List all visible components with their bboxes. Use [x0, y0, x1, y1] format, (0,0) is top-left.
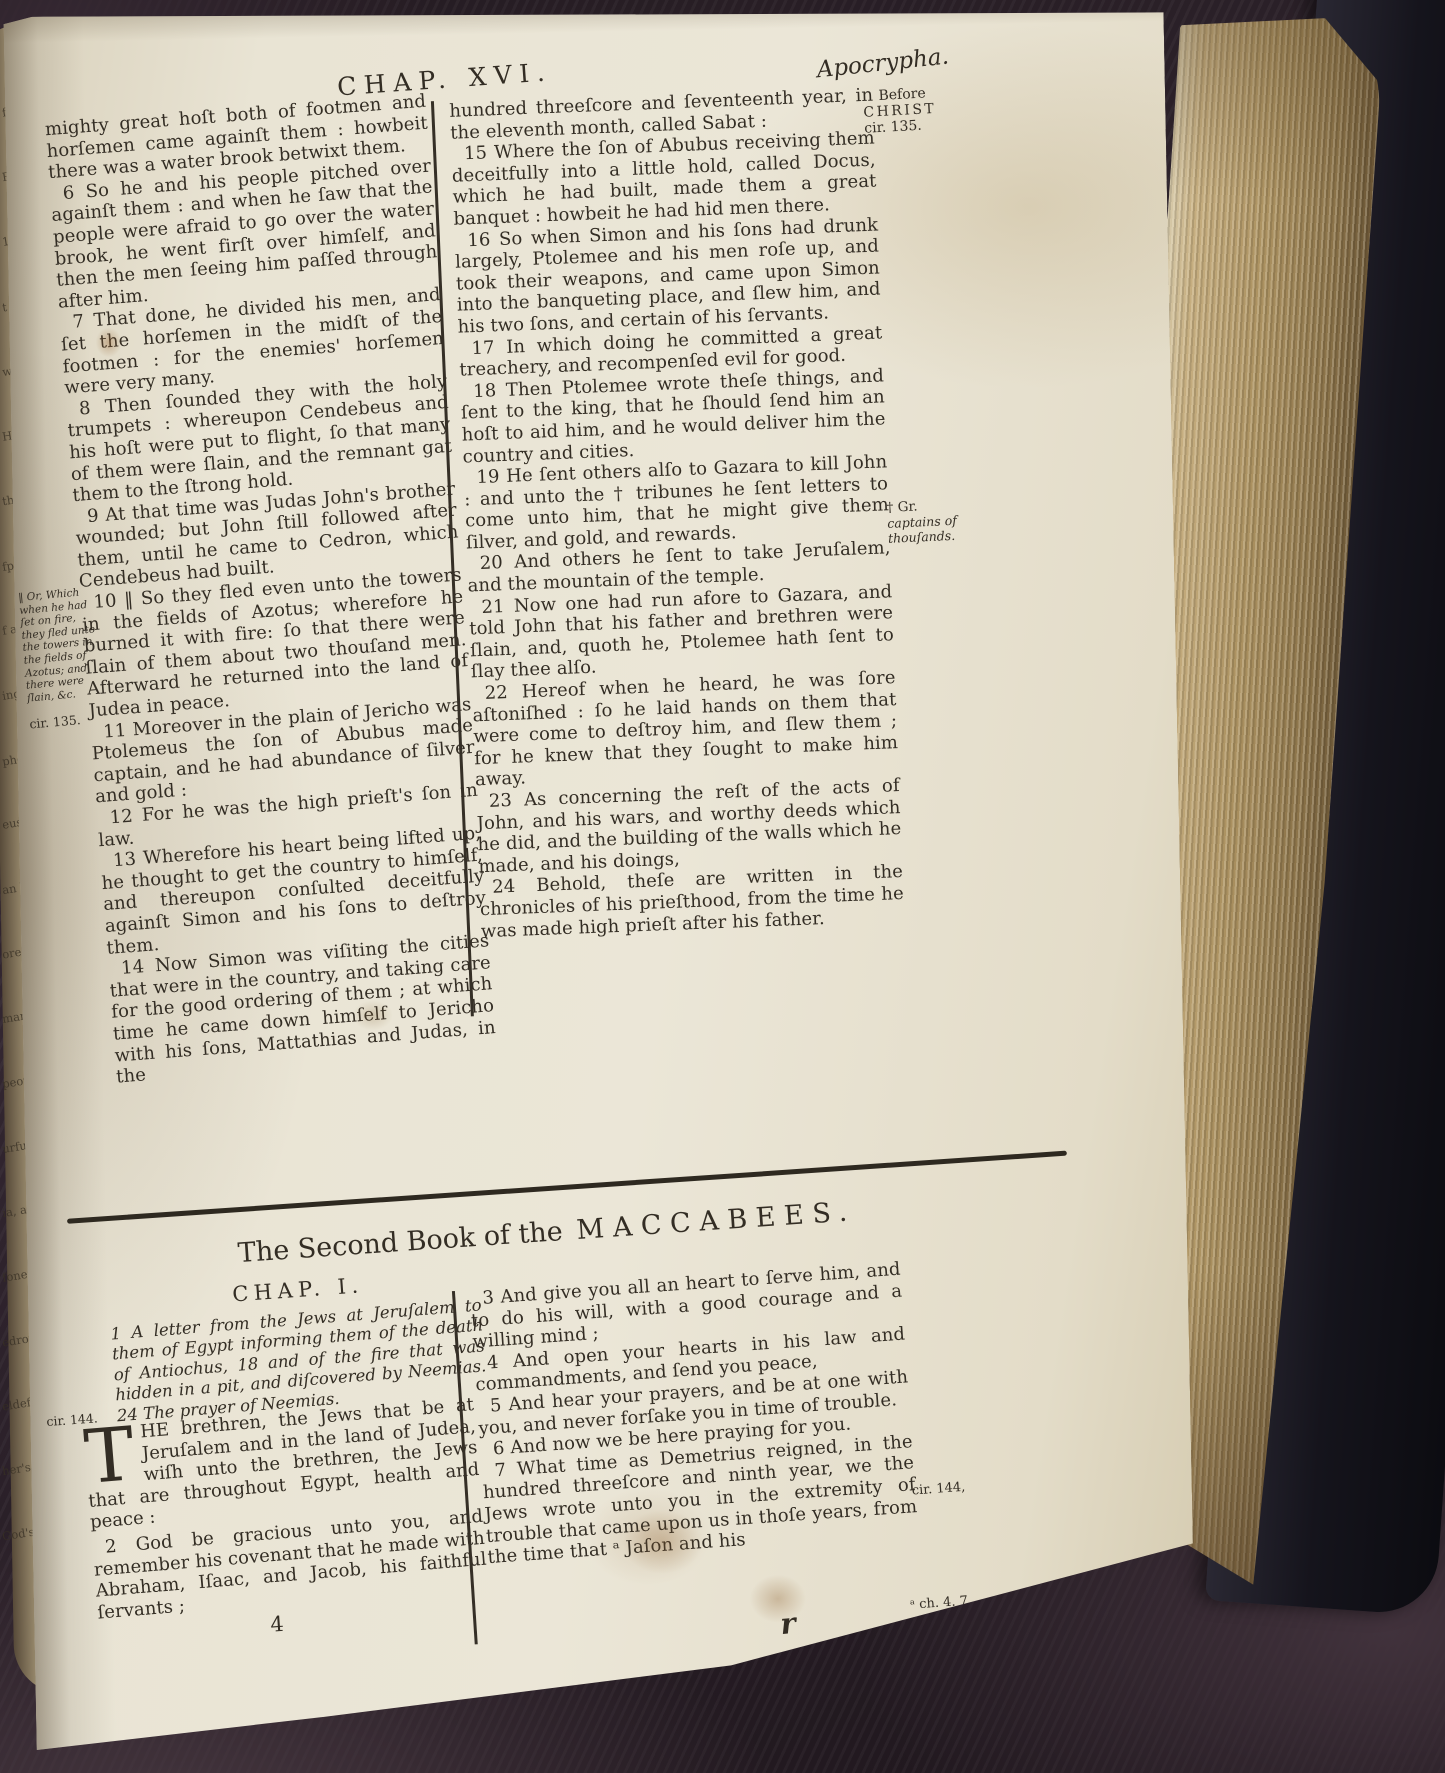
- verse-paragraph: 16 So when Simon and his ſons had drunk …: [454, 214, 882, 338]
- title-name: MACCABEES.: [576, 1196, 857, 1246]
- gloss-text: captains of thouſands.: [887, 511, 1000, 546]
- verse-paragraph: 23 As concerning the reſt of the acts of…: [476, 775, 903, 878]
- book-page: Apocrypha. Before CHRIST cir. 135. CHAP.…: [3, 0, 1196, 1757]
- edge-fragment: her's: [1, 1461, 31, 1477]
- left-margin-gloss: ‖ Or, Which when he had ſet on fire, the…: [18, 585, 110, 732]
- page-number: 4: [269, 1612, 284, 1637]
- verse-paragraph: 22 Hereof when he heard, he was ſore aſt…: [471, 667, 899, 791]
- book2-right-column: 3 And give you all an heart to ſerve him…: [469, 1259, 920, 1569]
- verse-paragraph: 21 Now one had run afore to Gazara, and …: [468, 581, 895, 684]
- verse-paragraph: 14 Now Simon was viſiting the cities tha…: [107, 930, 498, 1088]
- cross-reference-note: ᵃ ch. 4. 7.: [910, 1593, 973, 1612]
- photo-of-open-book: Apocrypha.foreRIST139.t Joppwe greHereti…: [0, 0, 1445, 1773]
- verse-paragraph: 18 Then Ptolemee wrote theſe things, and…: [460, 365, 887, 468]
- chap16-left-column: mighty great hoſt both of footmen and ho…: [44, 91, 498, 1089]
- drop-cap: T: [82, 1422, 144, 1488]
- title-lead: The Second Book of the: [237, 1216, 564, 1269]
- right-margin-date: cir. 144,: [911, 1480, 965, 1499]
- running-title: Apocrypha.: [815, 43, 950, 83]
- book2-left-column: THE brethren, the Jews that be at Jeruſa…: [82, 1394, 489, 1624]
- chap16-right-column: hundred threeſcore and ſeventeenth year,…: [449, 85, 905, 943]
- gloss-text: ‖ Or, Which when he had ſet on fire, the…: [18, 585, 108, 705]
- signature-mark: r: [779, 1606, 797, 1641]
- edge-fragment: God's: [1, 1525, 35, 1542]
- verse-paragraph: 19 He ſent others alſo to Gazara to kill…: [463, 451, 890, 554]
- stain: [749, 1574, 806, 1623]
- right-margin-gloss: † Gr. captains of thouſands.: [886, 495, 1000, 546]
- verse-paragraph: 15 Where the ſon of Abubus receiving the…: [451, 128, 878, 231]
- before-christ-date-note: Before CHRIST cir. 135.: [862, 83, 980, 137]
